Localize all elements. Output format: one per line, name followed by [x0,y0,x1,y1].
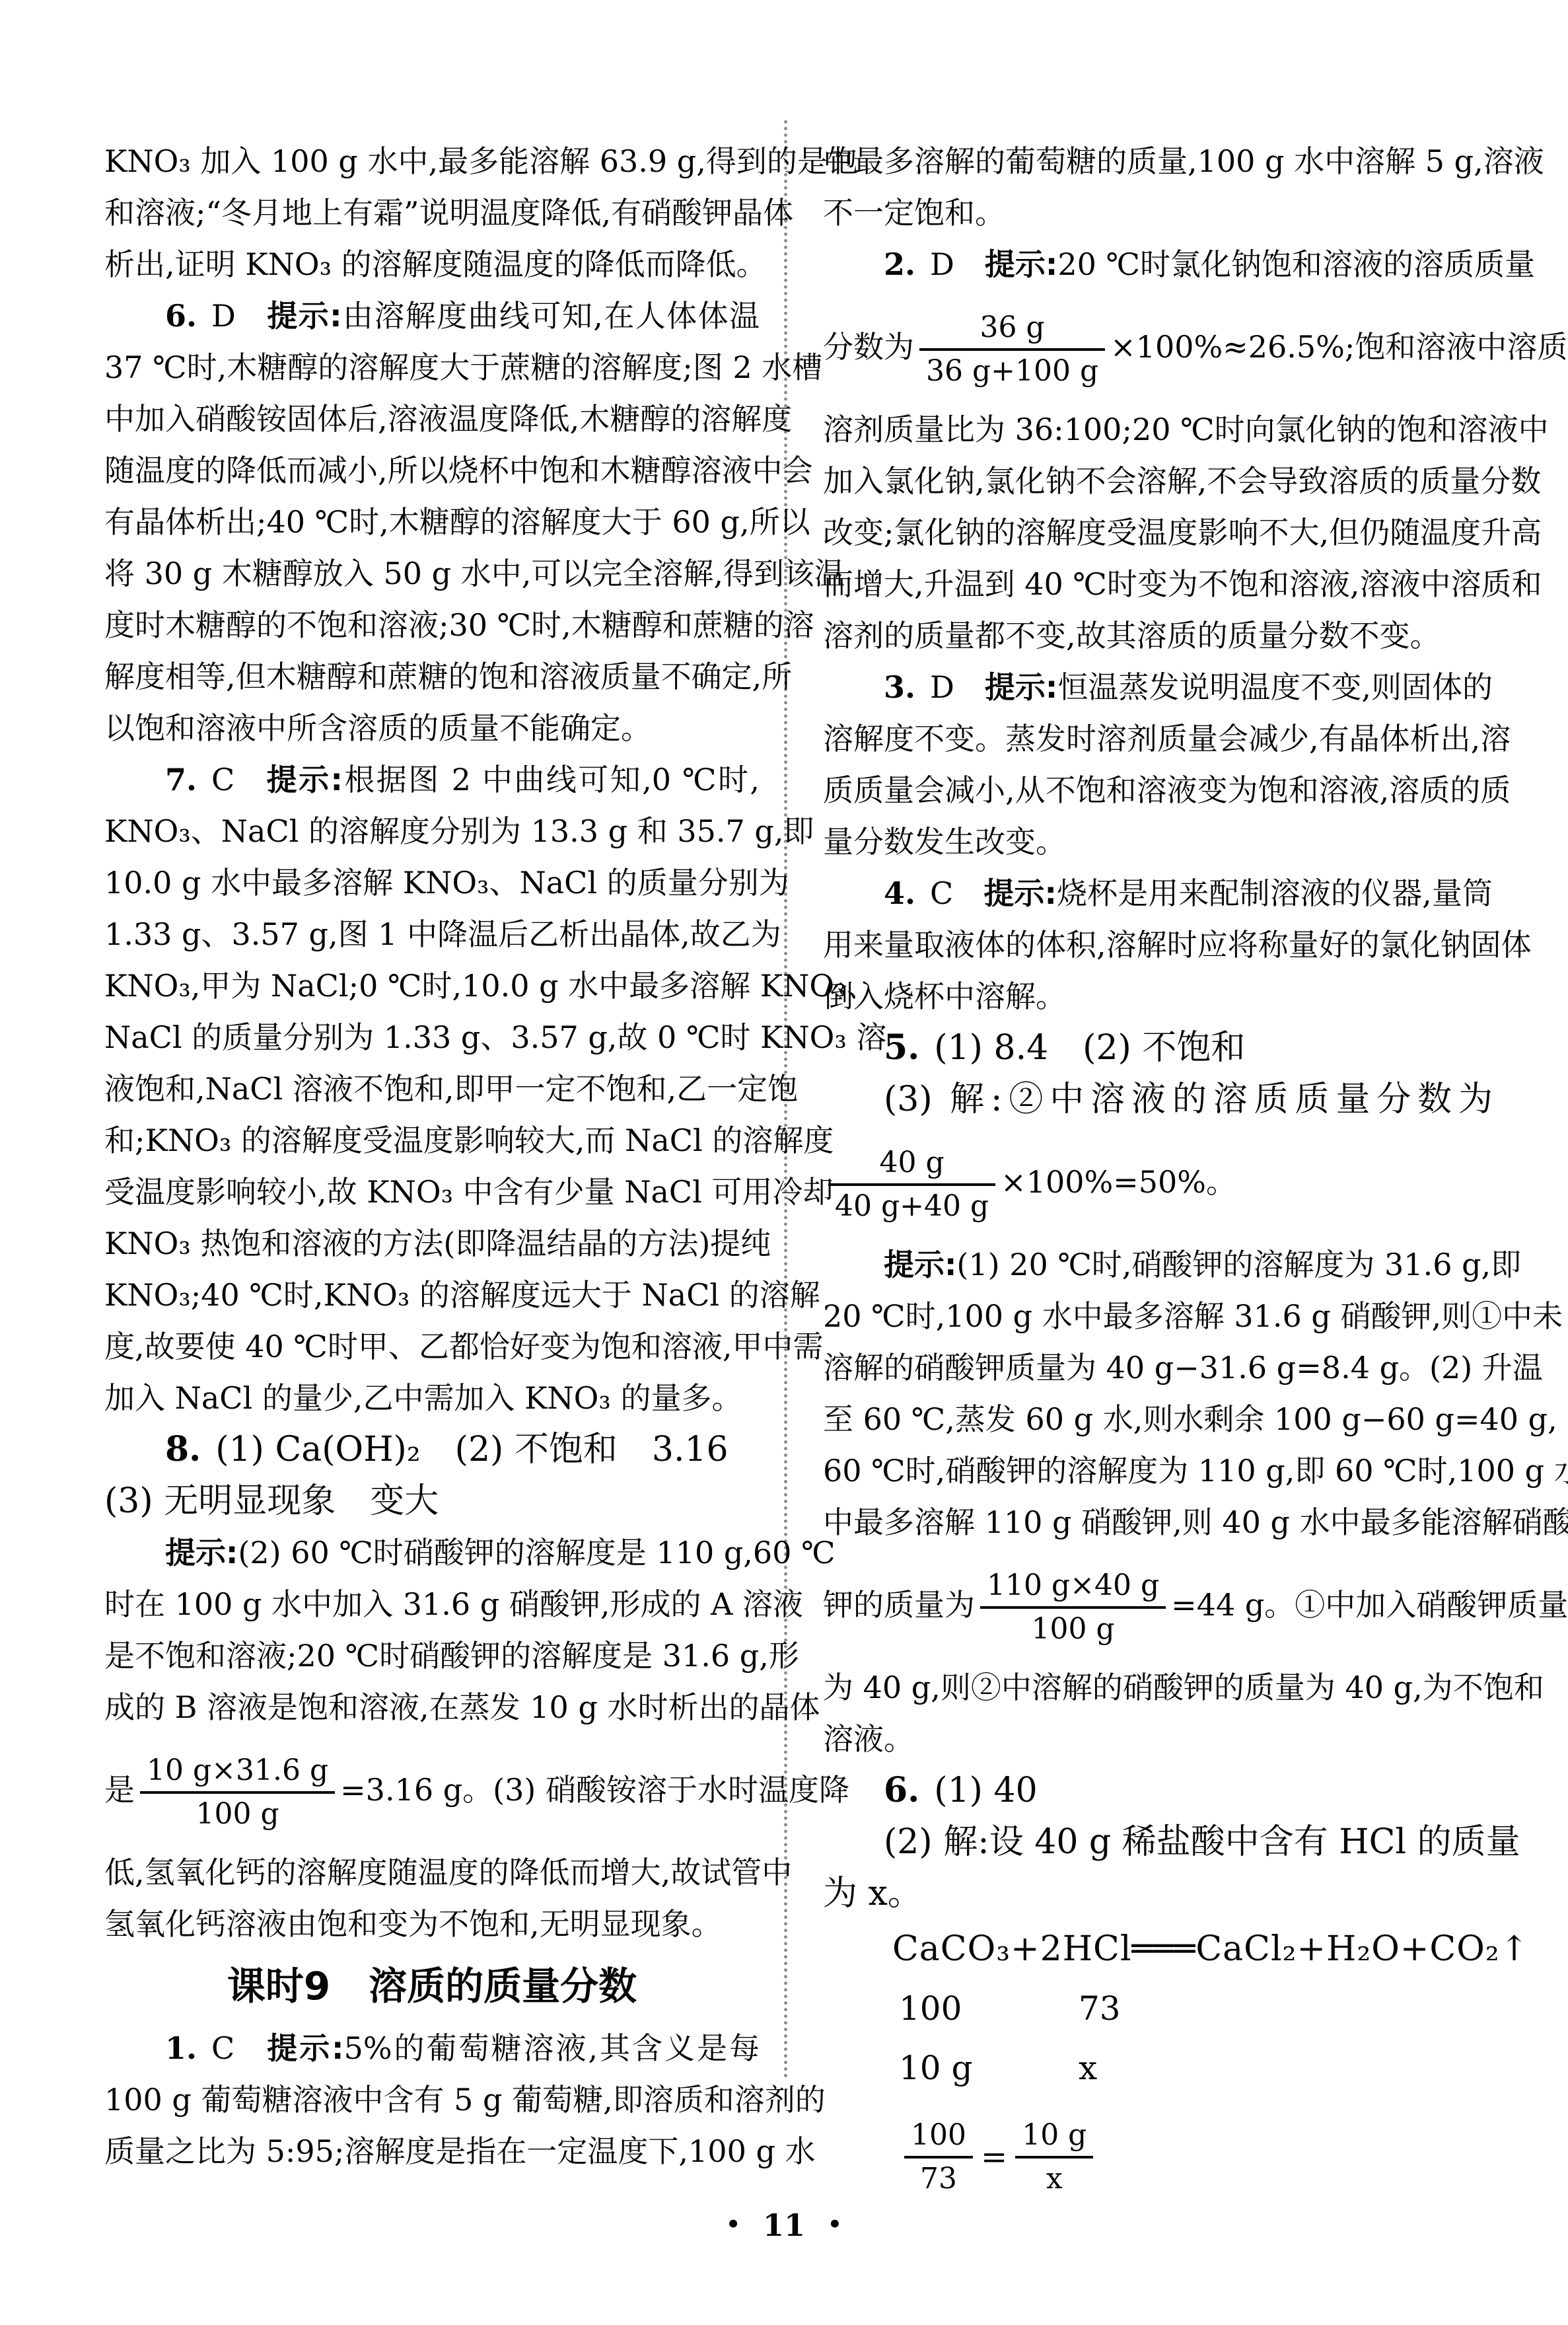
fraction-line: 是10 g×31.6 g100 g=3.16 g。(3) 硝酸铵溶于水时温度降 [104,1733,760,1847]
item-number: 5. [884,1027,919,1068]
text-line: KNO₃ 热饱和溶液的方法(即降温结晶的方法)提纯 [104,1218,760,1269]
text-line: 为 40 g,则②中溶解的硝酸钾的质量为 40 g,为不饱和 [823,1662,1493,1713]
text-line: 和溶液;“冬月地上有霜”说明温度降低,有硝酸钾晶体 [104,187,760,239]
fraction: 10 gx [1015,2118,1093,2196]
answer-letter: D [211,298,236,334]
text-line: 改变;氯化钠的溶解度受温度影响不大,但仍随温度升高 [823,507,1493,558]
hint-text: 5%的葡萄糖溶液,其含义是每 [344,2030,760,2066]
hint-text: 烧杯是用来配制溶液的仪器,量筒 [1057,875,1493,911]
text-line: 将 30 g 木糖醇放入 50 g 水中,可以完全溶解,得到该温 [104,548,760,599]
text-line: 质量之比为 5:95;溶解度是指在一定温度下,100 g 水 [104,2125,760,2177]
fraction-numerator: 110 g×40 g [980,1568,1166,1609]
fraction-prefix: 分数为 [823,329,914,365]
fraction-numerator: 100 [904,2118,973,2159]
text-line: 1.33 g、3.57 g,图 1 中降温后乙析出晶体,故乙为 [104,908,760,960]
hint-label: 提示: [884,1247,956,1282]
text-line: 随温度的降低而减小,所以烧杯中饱和木糖醇溶液中会 [104,445,760,496]
page-number-dot: • [828,2211,842,2238]
text-line: 成的 B 溶液是饱和溶液,在蒸发 10 g 水时析出的晶体 [104,1681,760,1733]
answer-hint-line: 3.D提示:恒温蒸发说明温度不变,则固体的 [823,661,1493,713]
text-line: 度时木糖醇的不饱和溶液;30 ℃时,木糖醇和蔗糖的溶 [104,599,760,651]
fraction-denominator: x [1015,2159,1093,2197]
hint-label: 提示: [265,762,343,797]
text-line: 量分数发生改变。 [823,816,1493,867]
fraction: 10073 [904,2118,973,2196]
answer-line: (3) 解:②中溶液的溶质质量分数为 [823,1074,1493,1125]
item-number: 8. [165,1429,201,1469]
text-line: 解度相等,但木糖醇和蔗糖的饱和溶液质量不确定,所 [104,651,760,702]
answer-line: 8.(1) Ca(OH)₂ (2) 不饱和 3.16 [104,1424,760,1475]
answer-hint-line: 2.D提示:20 ℃时氯化钠饱和溶液的溶质质量 [823,239,1493,290]
ratio-value: 10 g [899,2038,1079,2098]
fraction: 40 g40 g+40 g [828,1145,995,1224]
item-number: 6. [165,298,197,334]
hint-text: 根据图 2 中曲线可知,0 ℃时, [343,762,760,797]
text-line: KNO₃;40 ℃时,KNO₃ 的溶解度远大于 NaCl 的溶解 [104,1269,760,1321]
fraction-prefix: 是 [104,1772,135,1808]
proportion-line: 10073=10 gx [823,2098,1493,2211]
hint-text: 由溶解度曲线可知,在人体体温 [342,298,760,334]
mass-ratio-line: 10 gx [823,2038,1493,2098]
answer-hint-line: 6.D提示:由溶解度曲线可知,在人体体温 [104,290,760,342]
answer-line: (2) 解:设 40 g 稀盐酸中含有 HCl 的质量 [823,1816,1493,1868]
fraction-denominator: 73 [904,2159,973,2197]
hint-text: 20 ℃时氯化钠饱和溶液的溶质质量 [1057,246,1535,282]
text-line: 溶解的硝酸钾质量为 40 g−31.6 g=8.4 g。(2) 升温 [823,1342,1493,1393]
text-line: 氢氧化钙溶液由饱和变为不饱和,无明显现象。 [104,1898,760,1950]
answer-letter: D [930,246,954,282]
hint-text: 恒温蒸发说明温度不变,则固体的 [1057,669,1493,705]
hint-label: 提示: [983,875,1057,911]
text-line: 析出,证明 KNO₃ 的溶解度随温度的降低而降低。 [104,239,760,290]
text-line: 有晶体析出;40 ℃时,木糖醇的溶解度大于 60 g,所以 [104,496,760,548]
fraction-line: 40 g40 g+40 g×100%=50%。 [823,1125,1493,1239]
text-line: 溶解度不变。蒸发时溶剂质量会减少,有晶体析出,溶 [823,713,1493,764]
left-column: KNO₃ 加入 100 g 水中,最多能溶解 63.9 g,得到的是饱 和溶液;… [104,135,760,2177]
answer-letter: D [930,669,954,705]
item-number: 1. [165,2030,197,2066]
text-line: 受温度影响较小,故 KNO₃ 中含有少量 NaCl 可用冷却 [104,1166,760,1218]
page-number-dot: • [726,2211,740,2238]
fraction-denominator: 36 g+100 g [919,351,1105,389]
text-line: KNO₃,甲为 NaCl;0 ℃时,10.0 g 水中最多溶解 KNO₃、 [104,960,760,1012]
right-column: 中最多溶解的葡萄糖的质量,100 g 水中溶解 5 g,溶液 不一定饱和。 2.… [823,135,1493,2211]
hint-label: 提示: [265,2030,343,2066]
fraction-numerator: 10 g×31.6 g [140,1753,335,1794]
fraction-suffix: =44 g。①中加入硝酸钾质量 [1171,1587,1568,1623]
answer-line: 6.(1) 40 [823,1765,1493,1816]
text-line: 溶剂的质量都不变,故其溶质的质量分数不变。 [823,610,1493,661]
answer-line: (3) 无明显现象 变大 [104,1475,760,1527]
text-line: 时在 100 g 水中加入 31.6 g 硝酸钾,形成的 A 溶液 [104,1578,760,1630]
answer-hint-line: 4.C提示:烧杯是用来配制溶液的仪器,量筒 [823,867,1493,919]
fraction-numerator: 10 g [1015,2118,1093,2159]
page-number: •11• [0,2201,1568,2248]
text-line: 低,氢氧化钙的溶解度随温度的降低而增大,故试管中 [104,1847,760,1898]
fraction: 110 g×40 g100 g [980,1568,1166,1646]
item-number: 3. [884,669,915,705]
fraction-numerator: 36 g [919,310,1105,351]
hint-label: 提示: [266,298,342,334]
fraction-suffix: ×100%=50%。 [1001,1164,1236,1200]
answer-text: (1) 40 [934,1771,1037,1810]
fraction-numerator: 40 g [828,1145,995,1186]
fraction-denominator: 100 g [140,1794,335,1832]
answer-letter: C [211,2030,234,2066]
fraction-suffix: ×100%≈26.5%;饱和溶液中溶质与 [1110,329,1568,365]
section-heading: 课时9 溶质的质量分数 [104,1950,760,2022]
book-page: KNO₃ 加入 100 g 水中,最多能溶解 63.9 g,得到的是饱 和溶液;… [0,0,1568,2325]
text-line: 中最多溶解 110 g 硝酸钾,则 40 g 水中最多能溶解硝酸 [823,1496,1493,1548]
answer-hint-line: 7.C提示:根据图 2 中曲线可知,0 ℃时, [104,754,760,805]
fraction-suffix: =3.16 g。(3) 硝酸铵溶于水时温度降 [340,1772,849,1808]
answer-text: (1) 8.4 (2) 不饱和 [934,1028,1245,1068]
text-line: 是不饱和溶液;20 ℃时硝酸钾的溶解度是 31.6 g,形 [104,1630,760,1681]
text-line: 60 ℃时,硝酸钾的溶解度为 110 g,即 60 ℃时,100 g 水 [823,1445,1493,1496]
text-line: 以饱和溶液中所含溶质的质量不能确定。 [104,702,760,754]
answer-line: 为 x。 [823,1868,1493,1919]
text-line: NaCl 的质量分别为 1.33 g、3.57 g,故 0 ℃时 KNO₃ 溶 [104,1012,760,1063]
hint-text: (2) 60 ℃时硝酸钾的溶解度是 110 g,60 ℃ [238,1535,835,1570]
text-line: 液饱和,NaCl 溶液不饱和,即甲一定不饱和,乙一定饱 [104,1063,760,1115]
text-line: 中最多溶解的葡萄糖的质量,100 g 水中溶解 5 g,溶液 [823,135,1493,187]
page-number-value: 11 [763,2207,805,2243]
hint-label: 提示: [985,246,1057,282]
text-line: 倒入烧杯中溶解。 [823,971,1493,1022]
text-line: 质质量会减小,从不饱和溶液变为饱和溶液,溶质的质 [823,764,1493,816]
answer-line: 5.(1) 8.4 (2) 不饱和 [823,1022,1493,1074]
hint-label: 提示: [985,669,1057,705]
text-line: 不一定饱和。 [823,187,1493,239]
hint-line: 提示:(2) 60 ℃时硝酸钾的溶解度是 110 g,60 ℃ [104,1527,760,1578]
hint-line: 提示:(1) 20 ℃时,硝酸钾的溶解度为 31.6 g,即 [823,1239,1493,1290]
text-line: 溶剂质量比为 36:100;20 ℃时向氯化钠的饱和溶液中 [823,404,1493,455]
mole-ratio-line: 10073 [823,1979,1493,2038]
text-line: 至 60 ℃,蒸发 60 g 水,则水剩余 100 g−60 g=40 g, [823,1393,1493,1445]
answer-letter: C [930,875,953,911]
text-line: 100 g 葡萄糖溶液中含有 5 g 葡萄糖,即溶质和溶剂的 [104,2074,760,2125]
answer-text: (1) Ca(OH)₂ (2) 不饱和 3.16 [215,1430,728,1469]
text-line: 中加入硝酸铵固体后,溶液温度降低,木糖醇的溶解度 [104,393,760,445]
hint-label: 提示: [165,1535,238,1570]
fraction-denominator: 40 g+40 g [828,1186,995,1224]
fraction-denominator: 100 g [980,1609,1166,1647]
text-line: 加入氯化钠,氯化钠不会溶解,不会导致溶质的质量分数 [823,455,1493,507]
fraction-line: 钾的质量为110 g×40 g100 g=44 g。①中加入硝酸钾质量 [823,1548,1493,1662]
text-line: 和;KNO₃ 的溶解度受温度影响较大,而 NaCl 的溶解度 [104,1115,760,1166]
text-line: KNO₃、NaCl 的溶解度分别为 13.3 g 和 35.7 g,即 [104,805,760,857]
text-line: 用来量取液体的体积,溶解时应将称量好的氯化钠固体 [823,919,1493,971]
text-line: 溶液。 [823,1713,1493,1765]
ratio-value: 100 [899,1979,1079,2038]
fraction: 10 g×31.6 g100 g [140,1753,335,1831]
hint-text: (1) 20 ℃时,硝酸钾的溶解度为 31.6 g,即 [956,1247,1521,1282]
fraction: 36 g36 g+100 g [919,310,1105,388]
fraction-prefix: 钾的质量为 [823,1587,975,1623]
ratio-value: x [1079,2049,1097,2087]
ratio-value: 73 [1079,1989,1121,2028]
text-line: 而增大,升温到 40 ℃时变为不饱和溶液,溶液中溶质和 [823,558,1493,610]
text-line: 加入 NaCl 的量少,乙中需加入 KNO₃ 的量多。 [104,1372,760,1424]
text-line: 10.0 g 水中最多溶解 KNO₃、NaCl 的质量分别为 [104,857,760,908]
item-number: 7. [165,762,197,797]
item-number: 6. [884,1770,919,1810]
fraction-line: 分数为36 g36 g+100 g×100%≈26.5%;饱和溶液中溶质与 [823,290,1493,404]
answer-letter: C [211,762,234,797]
chemical-equation: CaCO₃+2HCl═══CaCl₂+H₂O+CO₂↑ [823,1919,1493,1979]
text-line: 度,故要使 40 ℃时甲、乙都恰好变为饱和溶液,甲中需 [104,1321,760,1372]
item-number: 4. [884,875,915,911]
equals-sign: = [981,2139,1007,2176]
text-line: KNO₃ 加入 100 g 水中,最多能溶解 63.9 g,得到的是饱 [104,135,760,187]
answer-hint-line: 1.C提示:5%的葡萄糖溶液,其含义是每 [104,2022,760,2074]
item-number: 2. [884,246,915,282]
text-line: 20 ℃时,100 g 水中最多溶解 31.6 g 硝酸钾,则①中未 [823,1290,1493,1342]
text-line: 37 ℃时,木糖醇的溶解度大于蔗糖的溶解度;图 2 水槽 [104,342,760,393]
